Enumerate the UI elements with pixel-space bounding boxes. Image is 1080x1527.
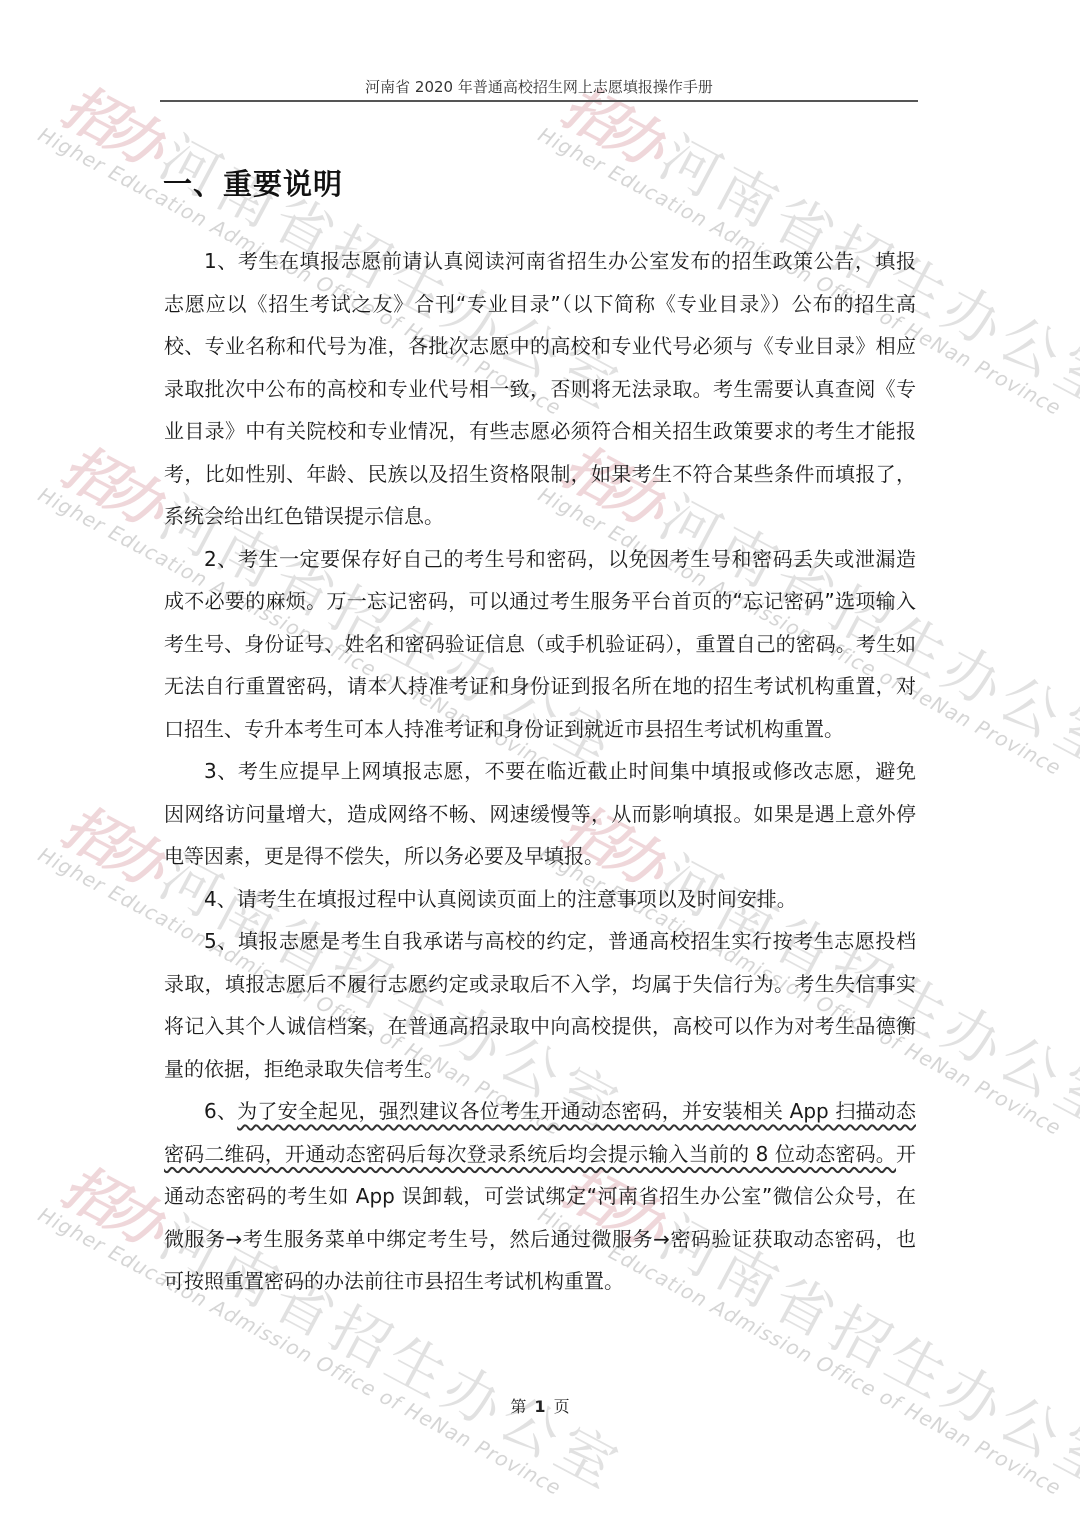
paragraph-3: 3、考生应提早上网填报志愿，不要在临近截止时间集中填报或修改志愿，避免因网络访问… [164,750,916,878]
document-page: 招办河南省招生办公室 Higher Education Admission Of… [0,0,1080,1527]
page-number: 第1页 [0,1394,1080,1417]
watermark-logo-icon: 招办 [51,1144,177,1262]
watermark-logo-icon: 招办 [51,64,177,182]
header-divider [160,100,918,102]
running-header: 河南省 2020 年普通高校招生网上志愿填报操作手册 [160,76,918,97]
paragraph-4: 4、请考生在填报过程中认真阅读页面上的注意事项以及时间安排。 [164,878,916,921]
watermark-logo-icon: 招办 [51,784,177,902]
watermark-logo-icon: 招办 [51,424,177,542]
paragraph-6: 6、为了安全起见，强烈建议各位考生开通动态密码，并安装相关 App 扫描动态密码… [164,1090,916,1303]
paragraph-6-number: 6、 [204,1099,237,1123]
section-title: 一、重要说明 [163,162,343,203]
paragraph-2: 2、考生一定要保存好自己的考生号和密码，以免因考生号和密码丢失或泄漏造成不必要的… [164,538,916,751]
document-body: 1、考生在填报志愿前请认真阅读河南省招生办公室发布的招生政策公告，填报志愿应以《… [164,240,916,1303]
emphasized-underlined-text: 为了安全起见，强烈建议各位考生开通动态密码，并安装相关 App 扫描动态密码二维… [164,1099,916,1166]
paragraph-1: 1、考生在填报志愿前请认真阅读河南省招生办公室发布的招生政策公告，填报志愿应以《… [164,240,916,538]
paragraph-5: 5、填报志愿是考生自我承诺与高校的约定，普通高校招生实行按考生志愿投档录取，填报… [164,920,916,1090]
